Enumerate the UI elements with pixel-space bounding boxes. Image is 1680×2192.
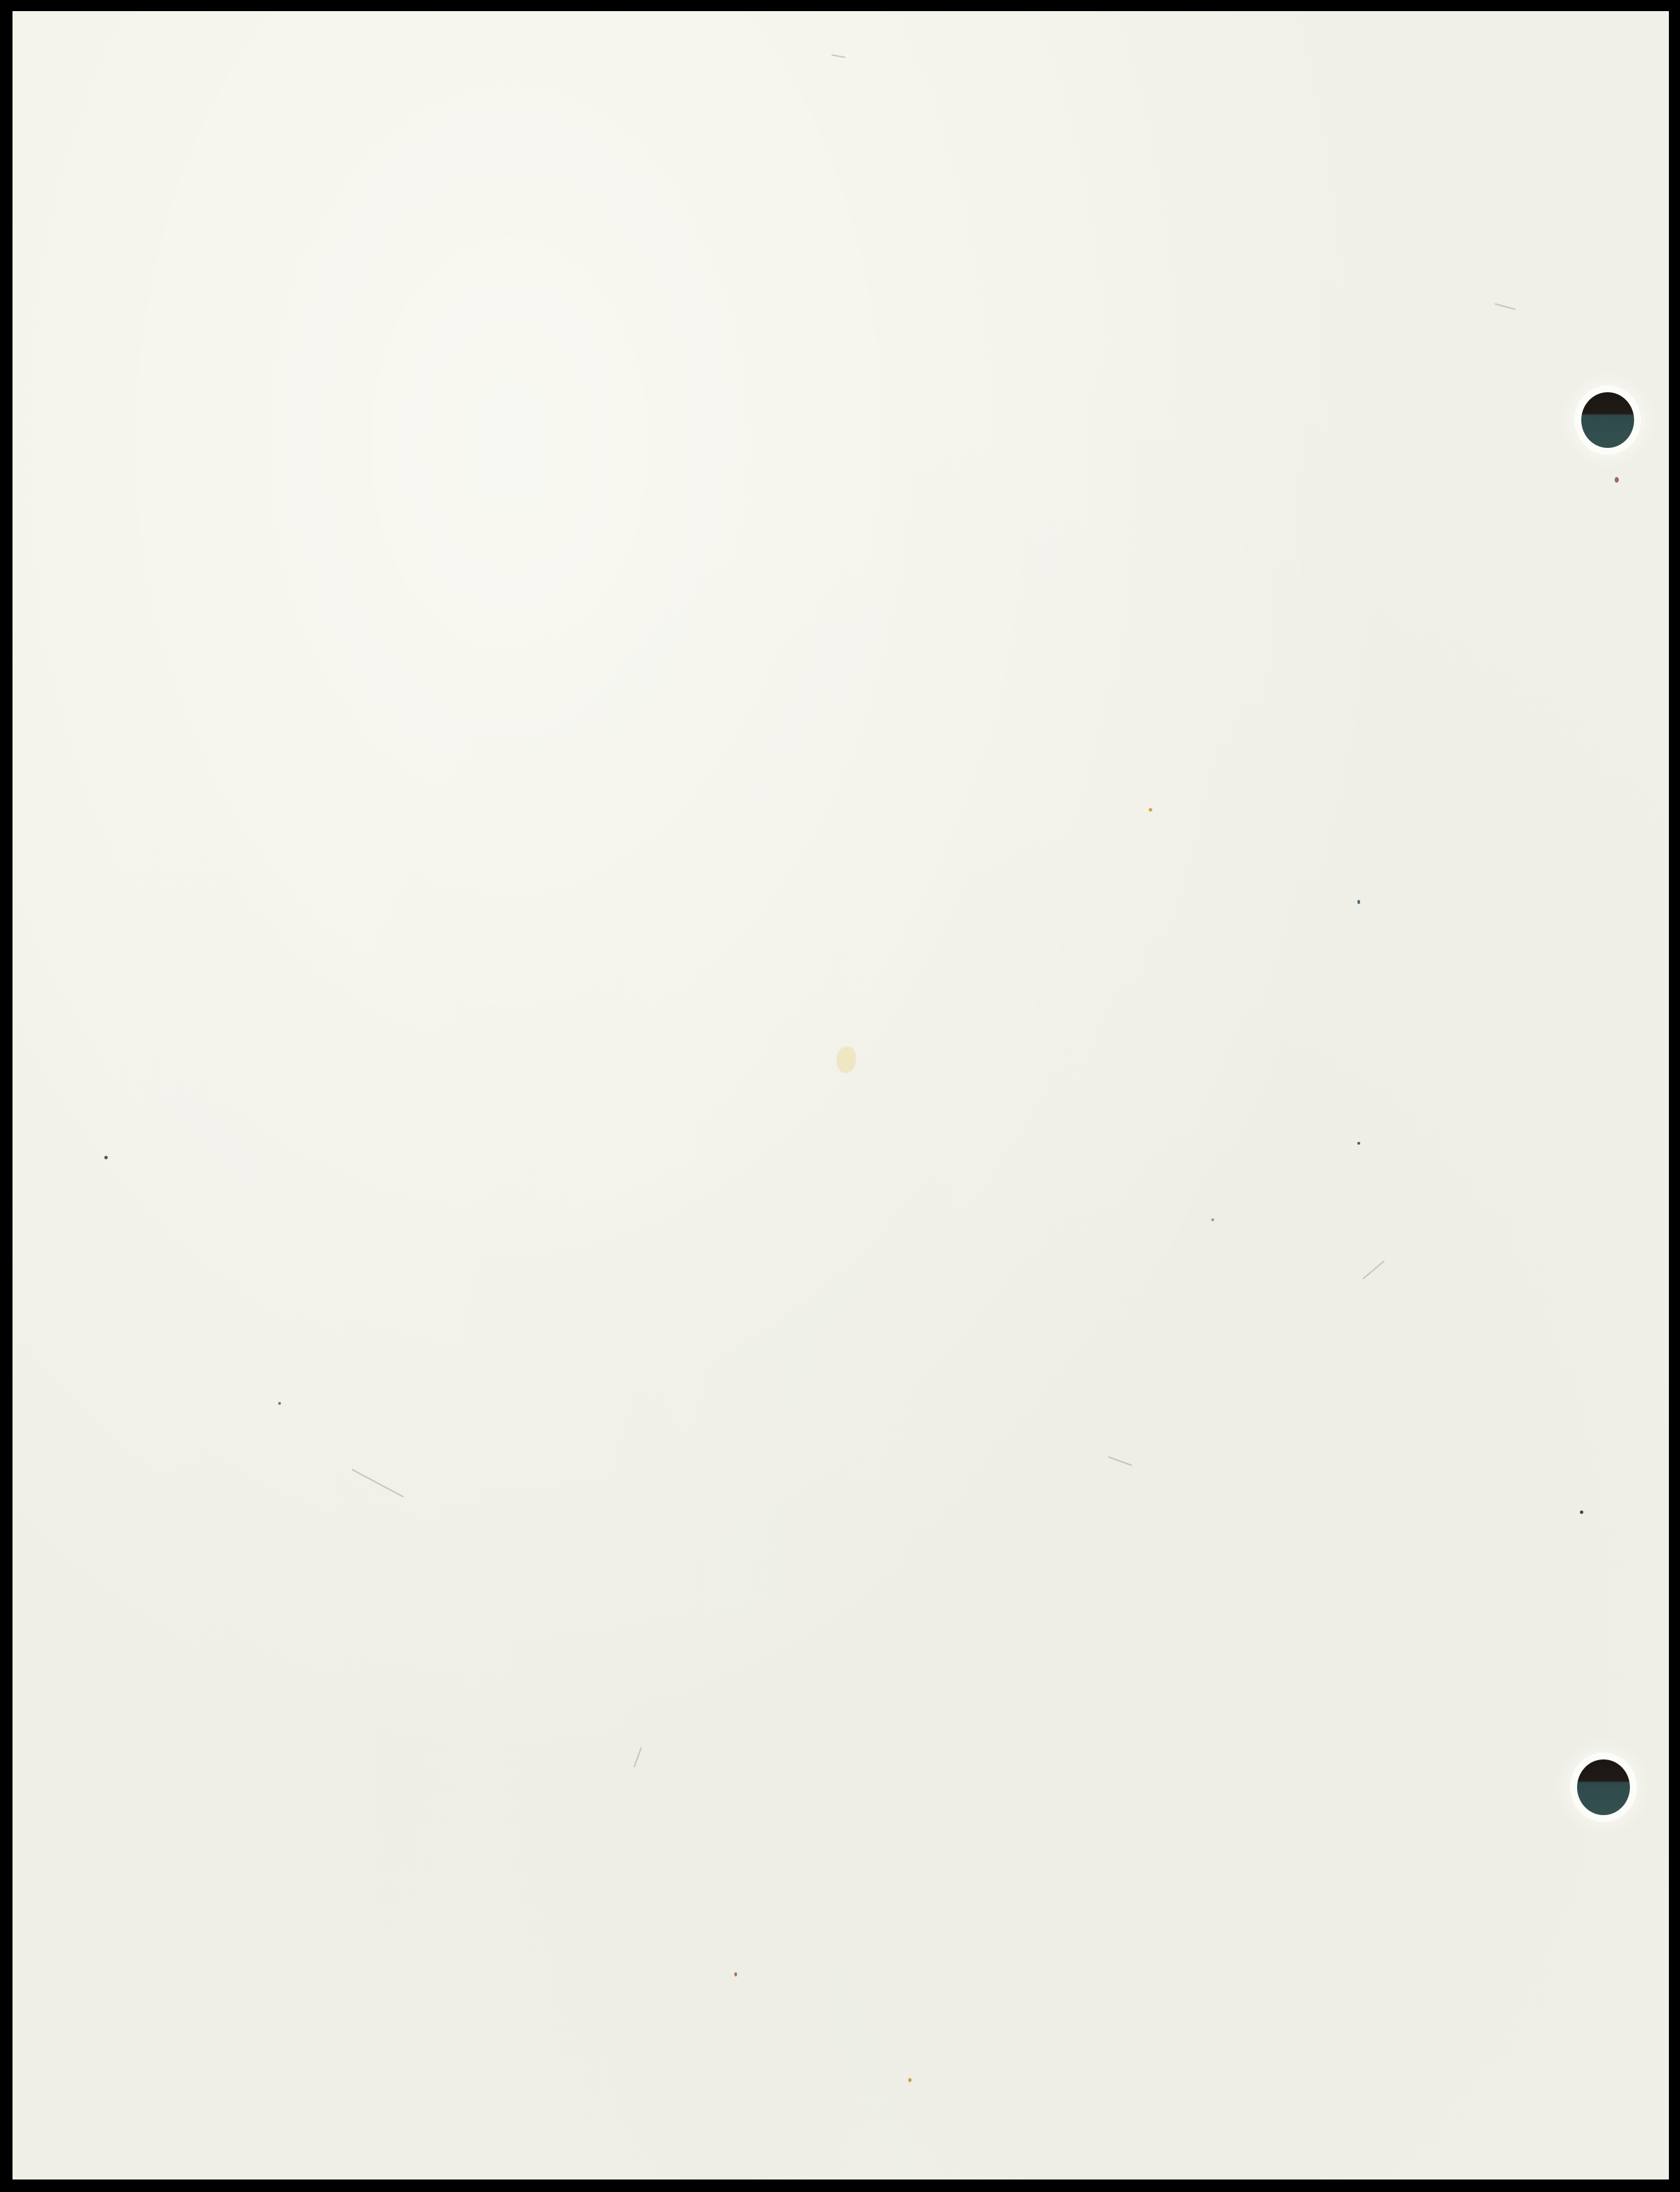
speck xyxy=(908,2078,912,2082)
punch-hole-bottom xyxy=(1577,1759,1630,1815)
speck xyxy=(1211,1218,1214,1221)
speck xyxy=(1615,477,1619,483)
punch-hole-top xyxy=(1581,392,1634,448)
speck xyxy=(1357,1142,1360,1145)
speck xyxy=(1149,808,1152,812)
speck xyxy=(104,1156,108,1159)
speck xyxy=(734,1972,737,1976)
blank-paper-page xyxy=(13,11,1669,2179)
speck xyxy=(278,1402,281,1405)
speck xyxy=(1580,1510,1583,1514)
speck xyxy=(1357,900,1360,904)
